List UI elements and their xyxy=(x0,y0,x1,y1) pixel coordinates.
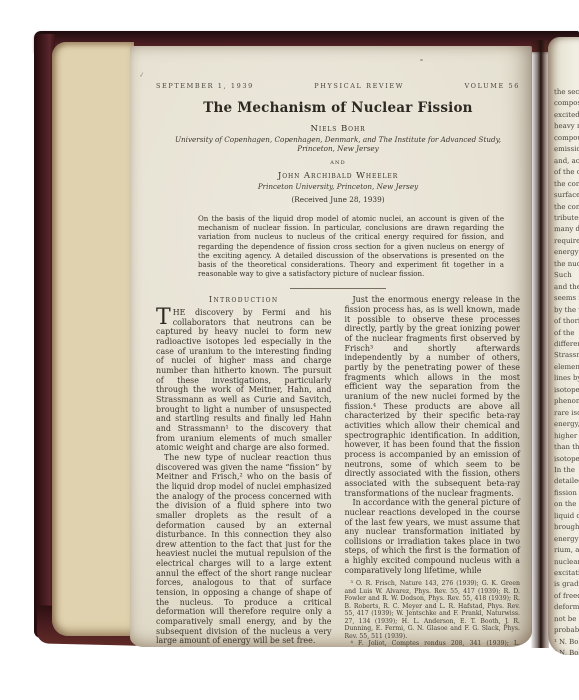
clipped-text-line: not be di xyxy=(548,614,579,626)
clipped-text-line: of the c xyxy=(548,167,579,179)
footnote: ³ O. R. Frisch, Nature 143, 276 (1939); … xyxy=(345,580,521,640)
author-conjunction: and xyxy=(156,158,520,166)
footnotes-right: ³ O. R. Frisch, Nature 143, 276 (1939); … xyxy=(345,580,521,647)
clipped-text-line: energy xyxy=(548,247,579,259)
clipped-text-line: energy o xyxy=(548,534,579,546)
clipped-text-line: Strassm xyxy=(548,350,579,362)
section-heading: Introduction xyxy=(156,295,332,305)
drop-cap: T xyxy=(156,308,173,327)
clipped-text-line: deformat xyxy=(548,602,579,614)
clipped-text-line: the sec xyxy=(548,87,579,99)
clipped-text-line: isotopes xyxy=(548,385,579,397)
clipped-text-line: detailed xyxy=(548,476,579,488)
clipped-text-line: isotope. xyxy=(548,453,579,465)
clipped-text-line: compou xyxy=(548,133,579,145)
clipped-text-line: ² N. Bohr, xyxy=(548,648,579,655)
left-page: ✓ SEPTEMBER 1, 1939 PHYSICAL REVIEW VOLU… xyxy=(130,46,532,647)
left-column: Introduction THE discovery by Fermi and … xyxy=(156,295,332,647)
right-column: Just the enormous energy release in the … xyxy=(345,295,521,647)
section-divider xyxy=(290,288,386,289)
clipped-text-line: element xyxy=(548,362,579,374)
affiliation-1: University of Copenhagen, Copenhagen, De… xyxy=(156,135,520,153)
clipped-text-line: excitatio xyxy=(548,568,579,580)
page-stack-fore-edge xyxy=(52,42,134,636)
clipped-text-line: lines by xyxy=(548,373,579,385)
clipped-text-line: by the v xyxy=(548,305,579,317)
clipped-text-line: tributes xyxy=(548,213,579,225)
footnote: ⁴ F. Joliot, Comptes rendus 208, 341 (19… xyxy=(345,640,521,647)
clipped-text-line: the con xyxy=(548,201,579,213)
clipped-text-line: of freedo xyxy=(548,591,579,603)
clipped-text-line: surface xyxy=(548,190,579,202)
clipped-text-line: of thori xyxy=(548,316,579,328)
clipped-text-line: is gradu xyxy=(548,579,579,591)
clipped-text-line: differen xyxy=(548,339,579,351)
clipped-text-line: seems in xyxy=(548,293,579,305)
clipped-text-line: phenom xyxy=(548,396,579,408)
clipped-text-line: energy, xyxy=(548,419,579,431)
clipped-text-line: rium, an xyxy=(548,545,579,557)
clipped-text-line: heavy n xyxy=(548,121,579,133)
abstract: On the basis of the liquid drop model of… xyxy=(198,214,504,278)
article-title: The Mechanism of Nuclear Fission xyxy=(156,100,520,116)
page-content: SEPTEMBER 1, 1939 PHYSICAL REVIEW VOLUME… xyxy=(130,46,532,647)
clipped-text-line: ¹ N. Bohr, xyxy=(548,637,579,649)
clipped-text-line: nuclear xyxy=(548,556,579,568)
clipped-text-line: probabili xyxy=(548,625,579,637)
clipped-text-line: fission p xyxy=(548,488,579,500)
clipped-text-line: higher e xyxy=(548,430,579,442)
clipped-text-line: than tha xyxy=(548,442,579,454)
clipped-text-line: In the xyxy=(548,465,579,477)
journal-header: SEPTEMBER 1, 1939 PHYSICAL REVIEW VOLUME… xyxy=(156,82,520,90)
author-2: John Archibald Wheeler xyxy=(156,171,520,181)
clipped-text-line: the nuc xyxy=(548,259,579,271)
author-1: Niels Bohr xyxy=(156,124,520,134)
open-book-photo: ✓ SEPTEMBER 1, 1939 PHYSICAL REVIEW VOLU… xyxy=(0,0,579,700)
clipped-text-line: rare iso xyxy=(548,408,579,420)
two-column-text: Introduction THE discovery by Fermi and … xyxy=(156,295,520,647)
clipped-text-line: liquid dr xyxy=(548,511,579,523)
right-page-edge: the seccomposexcitedheavy ncompouemissio… xyxy=(548,37,579,655)
issue-date: SEPTEMBER 1, 1939 xyxy=(156,82,254,90)
journal-name: PHYSICAL REVIEW xyxy=(314,82,404,90)
clipped-text-line: brought xyxy=(548,522,579,534)
paragraph-2: The new type of nuclear reaction thus di… xyxy=(156,453,332,646)
clipped-text-line: of the xyxy=(548,327,579,339)
clipped-text-line: and the xyxy=(548,282,579,294)
clipped-text-line: excited xyxy=(548,110,579,122)
clipped-text-line: on the o xyxy=(548,499,579,511)
paragraph-4: In accordance with the general picture o… xyxy=(345,498,521,575)
clipped-text-line: requires xyxy=(548,236,579,248)
clipped-text-line: many d xyxy=(548,224,579,236)
paragraph-1: THE discovery by Fermi and his collabora… xyxy=(156,308,332,453)
clipped-text-line: compos xyxy=(548,98,579,110)
clipped-text-line: the con xyxy=(548,179,579,191)
received-date: (Received June 28, 1939) xyxy=(156,195,520,204)
affiliation-2: Princeton University, Princeton, New Jer… xyxy=(156,182,520,191)
book-gutter xyxy=(531,40,549,648)
paragraph-1-text: HE discovery by Fermi and his collaborat… xyxy=(156,308,332,452)
clipped-text-line: Such xyxy=(548,270,579,282)
clipped-text-line: emissio xyxy=(548,144,579,156)
volume-label: VOLUME 56 xyxy=(464,82,520,90)
paragraph-3: Just the enormous energy release in the … xyxy=(345,295,521,498)
clipped-text-line: and, ac xyxy=(548,156,579,168)
